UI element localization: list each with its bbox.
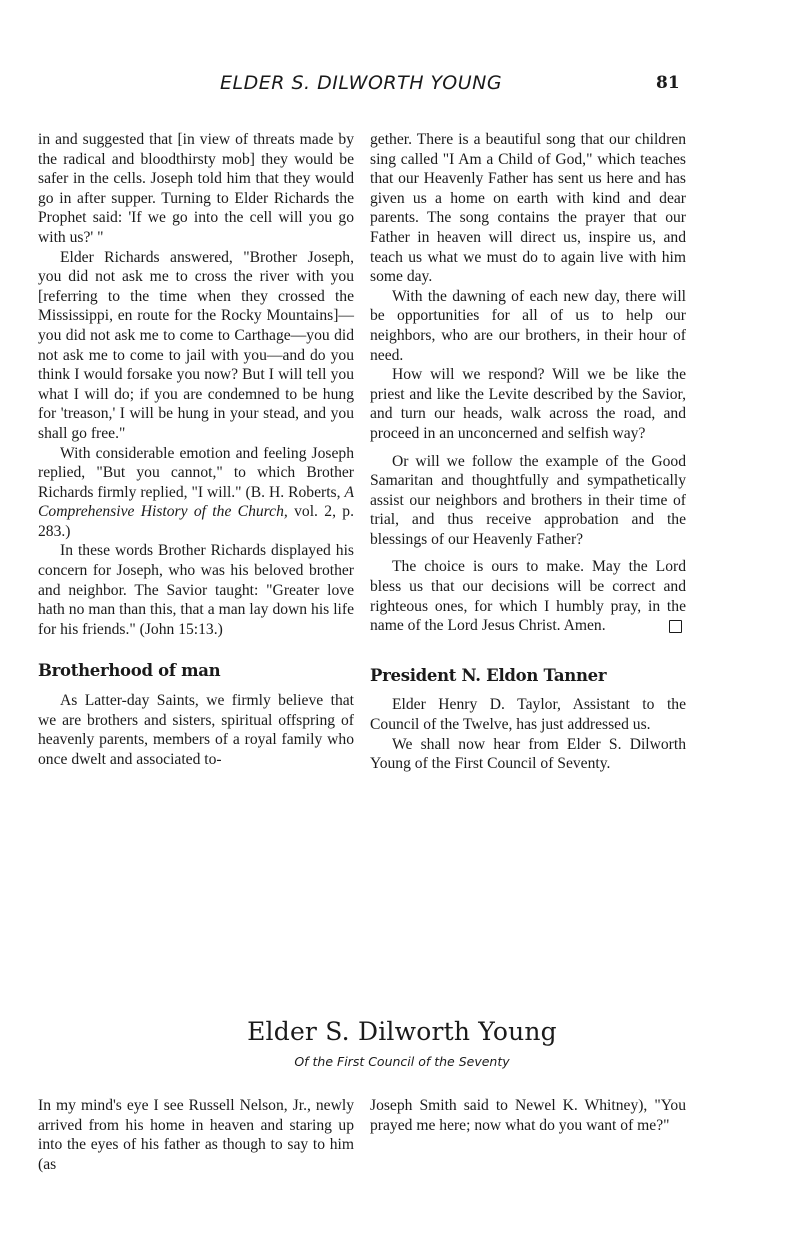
talk-subtitle: Of the First Council of the Seventy <box>2 1054 800 1069</box>
right-column: gether. There is a beautiful song that o… <box>370 130 686 774</box>
talk-right-column: Joseph Smith said to Newel K. Whitney), … <box>370 1096 686 1135</box>
paragraph: Joseph Smith said to Newel K. Whitney), … <box>370 1096 686 1135</box>
page-number: 81 <box>656 73 680 93</box>
paragraph: gether. There is a beautiful song that o… <box>370 130 686 287</box>
paragraph: We shall now hear from Elder S. Dilworth… <box>370 735 686 774</box>
paragraph-text: With considerable emotion and feeling Jo… <box>38 445 354 501</box>
paragraph-text: The choice is ours to make. May the Lord… <box>370 558 686 634</box>
paragraph: in and suggested that [in view of threat… <box>38 130 354 248</box>
paragraph: Elder Richards answered, "Brother Joseph… <box>38 248 354 444</box>
paragraph-citation: With considerable emotion and feeling Jo… <box>38 444 354 542</box>
paragraph: In these words Brother Richards displaye… <box>38 541 354 639</box>
talk-title: Elder S. Dilworth Young <box>2 1017 800 1046</box>
paragraph: As Latter-day Saints, we firmly believe … <box>38 691 354 769</box>
paragraph-closing: The choice is ours to make. May the Lord… <box>370 557 686 635</box>
left-column: in and suggested that [in view of threat… <box>38 130 354 769</box>
talk-left-column: In my mind's eye I see Russell Nelson, J… <box>38 1096 354 1174</box>
end-of-article-square-icon <box>669 620 682 633</box>
paragraph: How will we respond? Will we be like the… <box>370 365 686 443</box>
section-heading: President N. Eldon Tanner <box>370 666 686 686</box>
paragraph: With the dawning of each new day, there … <box>370 287 686 365</box>
section-heading: Brotherhood of man <box>38 661 354 681</box>
paragraph: Or will we follow the example of the Goo… <box>370 452 686 550</box>
running-head: ELDER S. DILWORTH YOUNG 81 <box>0 72 800 98</box>
paragraph: In my mind's eye I see Russell Nelson, J… <box>38 1096 354 1174</box>
running-title: ELDER S. DILWORTH YOUNG <box>220 72 502 94</box>
paragraph: Elder Henry D. Taylor, Assistant to the … <box>370 695 686 734</box>
talk-header: Elder S. Dilworth Young Of the First Cou… <box>0 1017 800 1069</box>
